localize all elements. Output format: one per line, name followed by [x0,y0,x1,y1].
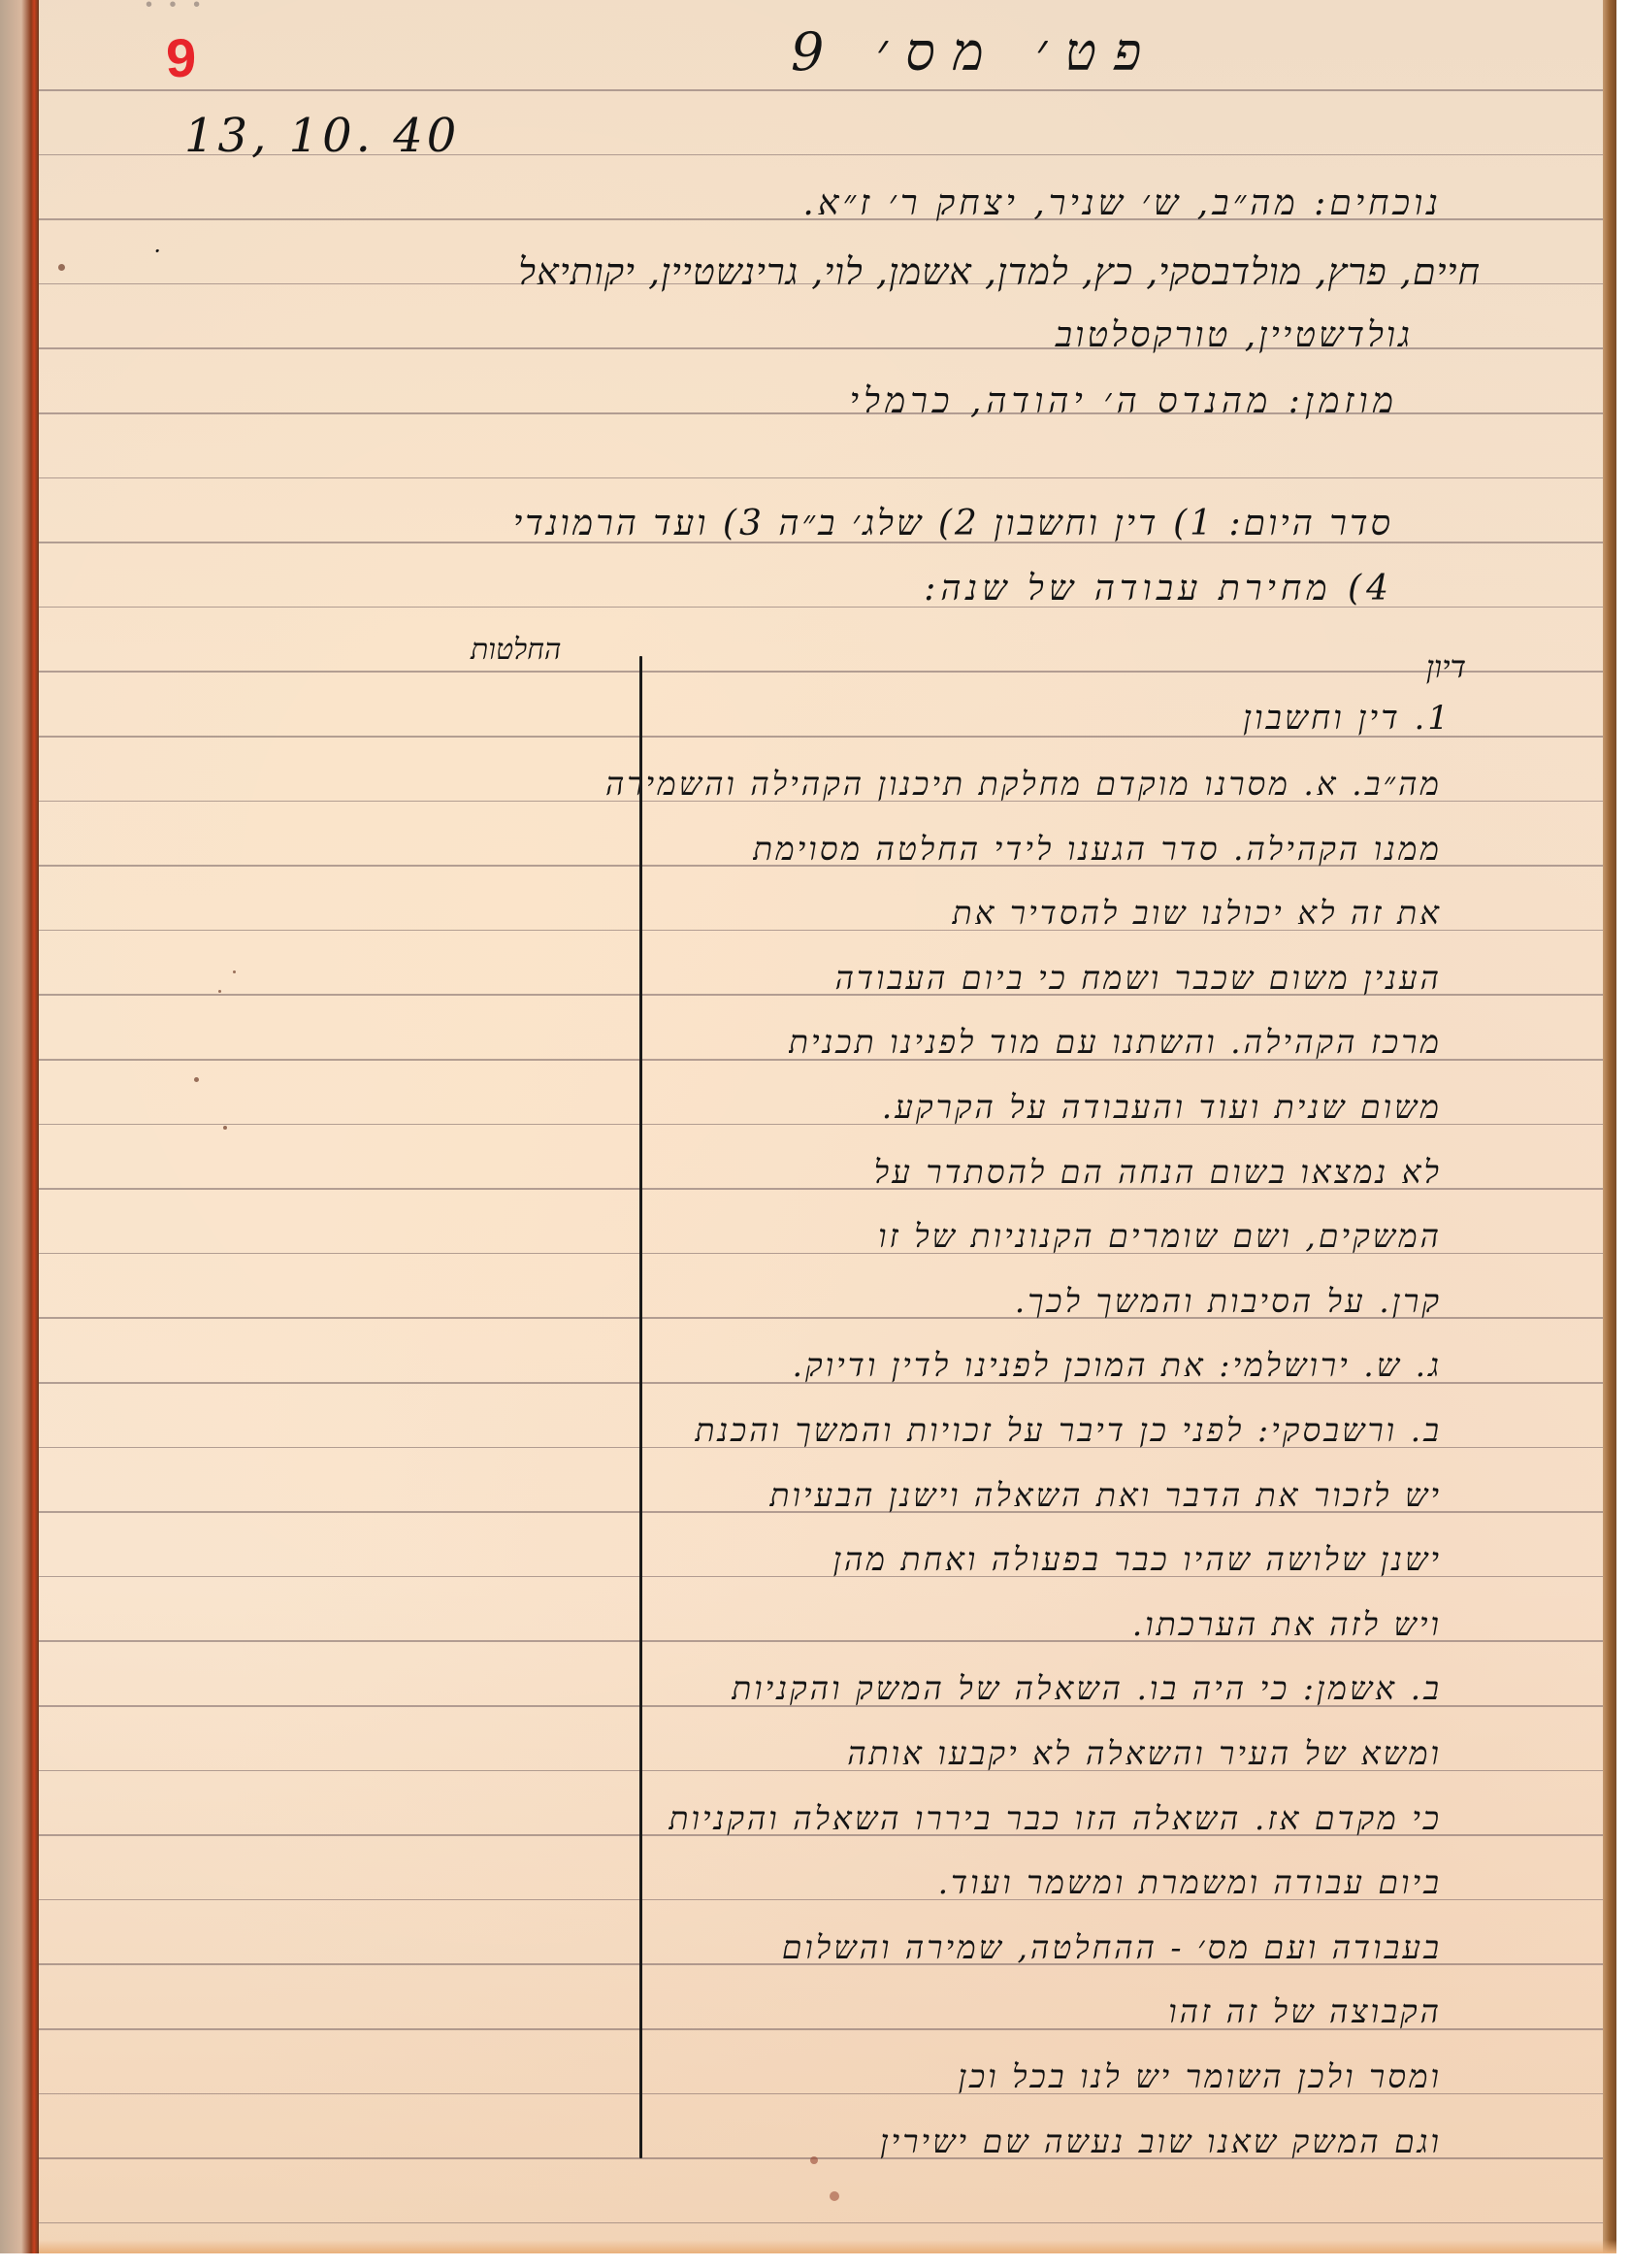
discussion-line: ב. ורשבסקי: לפני כן דיבר על זכויות והמשך… [695,1411,1442,1450]
discussion-line: וגם המשק שאנו שוב נעשה שם ישירין [880,2122,1442,2161]
discussion-line: בעבודה ועם מס׳ - ההחלטה, שמירה והשלום [782,1928,1442,1967]
notebook-bottom-edge [39,2240,1616,2253]
discussion-line: ויש לזה את הערכתו. [1132,1605,1442,1644]
paper-speck [233,970,236,973]
page-number-stamp: 9 [166,31,196,85]
notebook-right-edge [1603,0,1616,2253]
agenda-line-1: סדר היום: 1) דין וחשבון 2) שלג׳ ב״ה 3) ו… [513,503,1393,543]
discussion-line: מרכז הקהילה. והשתנו עם מוד לפנינו תכנית [789,1023,1442,1062]
discussion-line: ג. ש. ירושלמי: את המוכן לפנינו לדין ודיו… [793,1346,1442,1385]
ruled-line [39,671,1603,673]
discussion-line: ביום עבודה ומשמרת ומשמר ועוד. [938,1863,1442,1902]
agenda-line-2: 4) מחירת עבודה של שנה: [924,568,1393,608]
discussion-line: ישנן שלושה שהיו כבר בפעולה ואחת מהן [833,1540,1442,1579]
discussion-item-heading: 1. דין וחשבון [1243,699,1452,738]
discussion-line: כי מקדם אז. השאלה הזו כבר ביררו השאלה וה… [669,1799,1442,1838]
discussion-line: קרן. על הסיבות והמשך לכך. [1015,1282,1442,1321]
discussion-line: הענין משום שכבר ושמח כי ביום העבודה [835,959,1442,998]
attendance-line-3: גולדשטיין, טורקסלטוב [1056,314,1413,355]
decisions-column-header: החלטות [471,633,561,667]
discussion-line: ב. אשמן: כי היה בו. השאלה של המשק והקניו… [732,1669,1442,1708]
paper-stain [810,2156,818,2164]
ruled-line [39,89,1603,91]
discussion-line: את זה לא יכולנו שוב להסדיר את [952,894,1442,933]
discussion-column-header: דיון [1426,648,1466,685]
attendance-guests: מוזמן: מהנדס ה׳ יהודה, כרמלי [850,380,1398,421]
attendance-dot: · [153,238,161,265]
discussion-line: הקבוצה של זה זהו [1168,1992,1442,2031]
notebook-page: • • • 9 פט׳ מס׳ 9 13, 10. 40 נוכחים: מה״… [39,0,1616,2253]
page-title: פט׳ מס׳ 9 [791,21,1158,82]
attendance-line-2: חיים, פרץ, מולדבסקי, כץ, למדן, אשמן, לוי… [518,250,1481,294]
discussion-line: לא נמצאו בשום הנחה הם להסתדר על [874,1153,1442,1192]
meeting-date: 13, 10. 40 [184,109,460,163]
paper-speck [223,1126,227,1130]
ruled-line [39,2222,1603,2224]
column-divider-line [639,656,642,2158]
faint-header-marks: • • • [146,0,206,16]
paper-stain [830,2191,839,2201]
discussion-line: ומסר ולכן השומר יש לנו בכל וכן [959,2057,1442,2096]
ruled-line [39,477,1603,479]
attendance-line-1: נוכחים: מה״ב, ש׳ שניר, יצחק ר׳ ז״א. [802,182,1442,223]
notebook-binding-edge [0,0,39,2253]
discussion-line: יש לזכור את הדבר ואת השאלה וישנן הבעיות [769,1476,1442,1515]
discussion-line: משום שנית ועוד והעבודה על הקרקע. [882,1088,1442,1127]
discussion-line: ממנו הקהילה. סדר הגענו לידי החלטה מסוימת [753,830,1442,869]
paper-speck [218,990,221,993]
discussion-line: המשקים, ושם שומרים הקנוניות של זו [878,1217,1442,1256]
paper-speck [58,264,65,271]
paper-speck [194,1077,199,1082]
discussion-line: מה״ב. א. מסרנו מוקדם מחלקת תיכנון הקהילה… [605,765,1442,804]
discussion-line: ומשא של העיר והשאלה לא יקבעו אותה [847,1734,1442,1773]
